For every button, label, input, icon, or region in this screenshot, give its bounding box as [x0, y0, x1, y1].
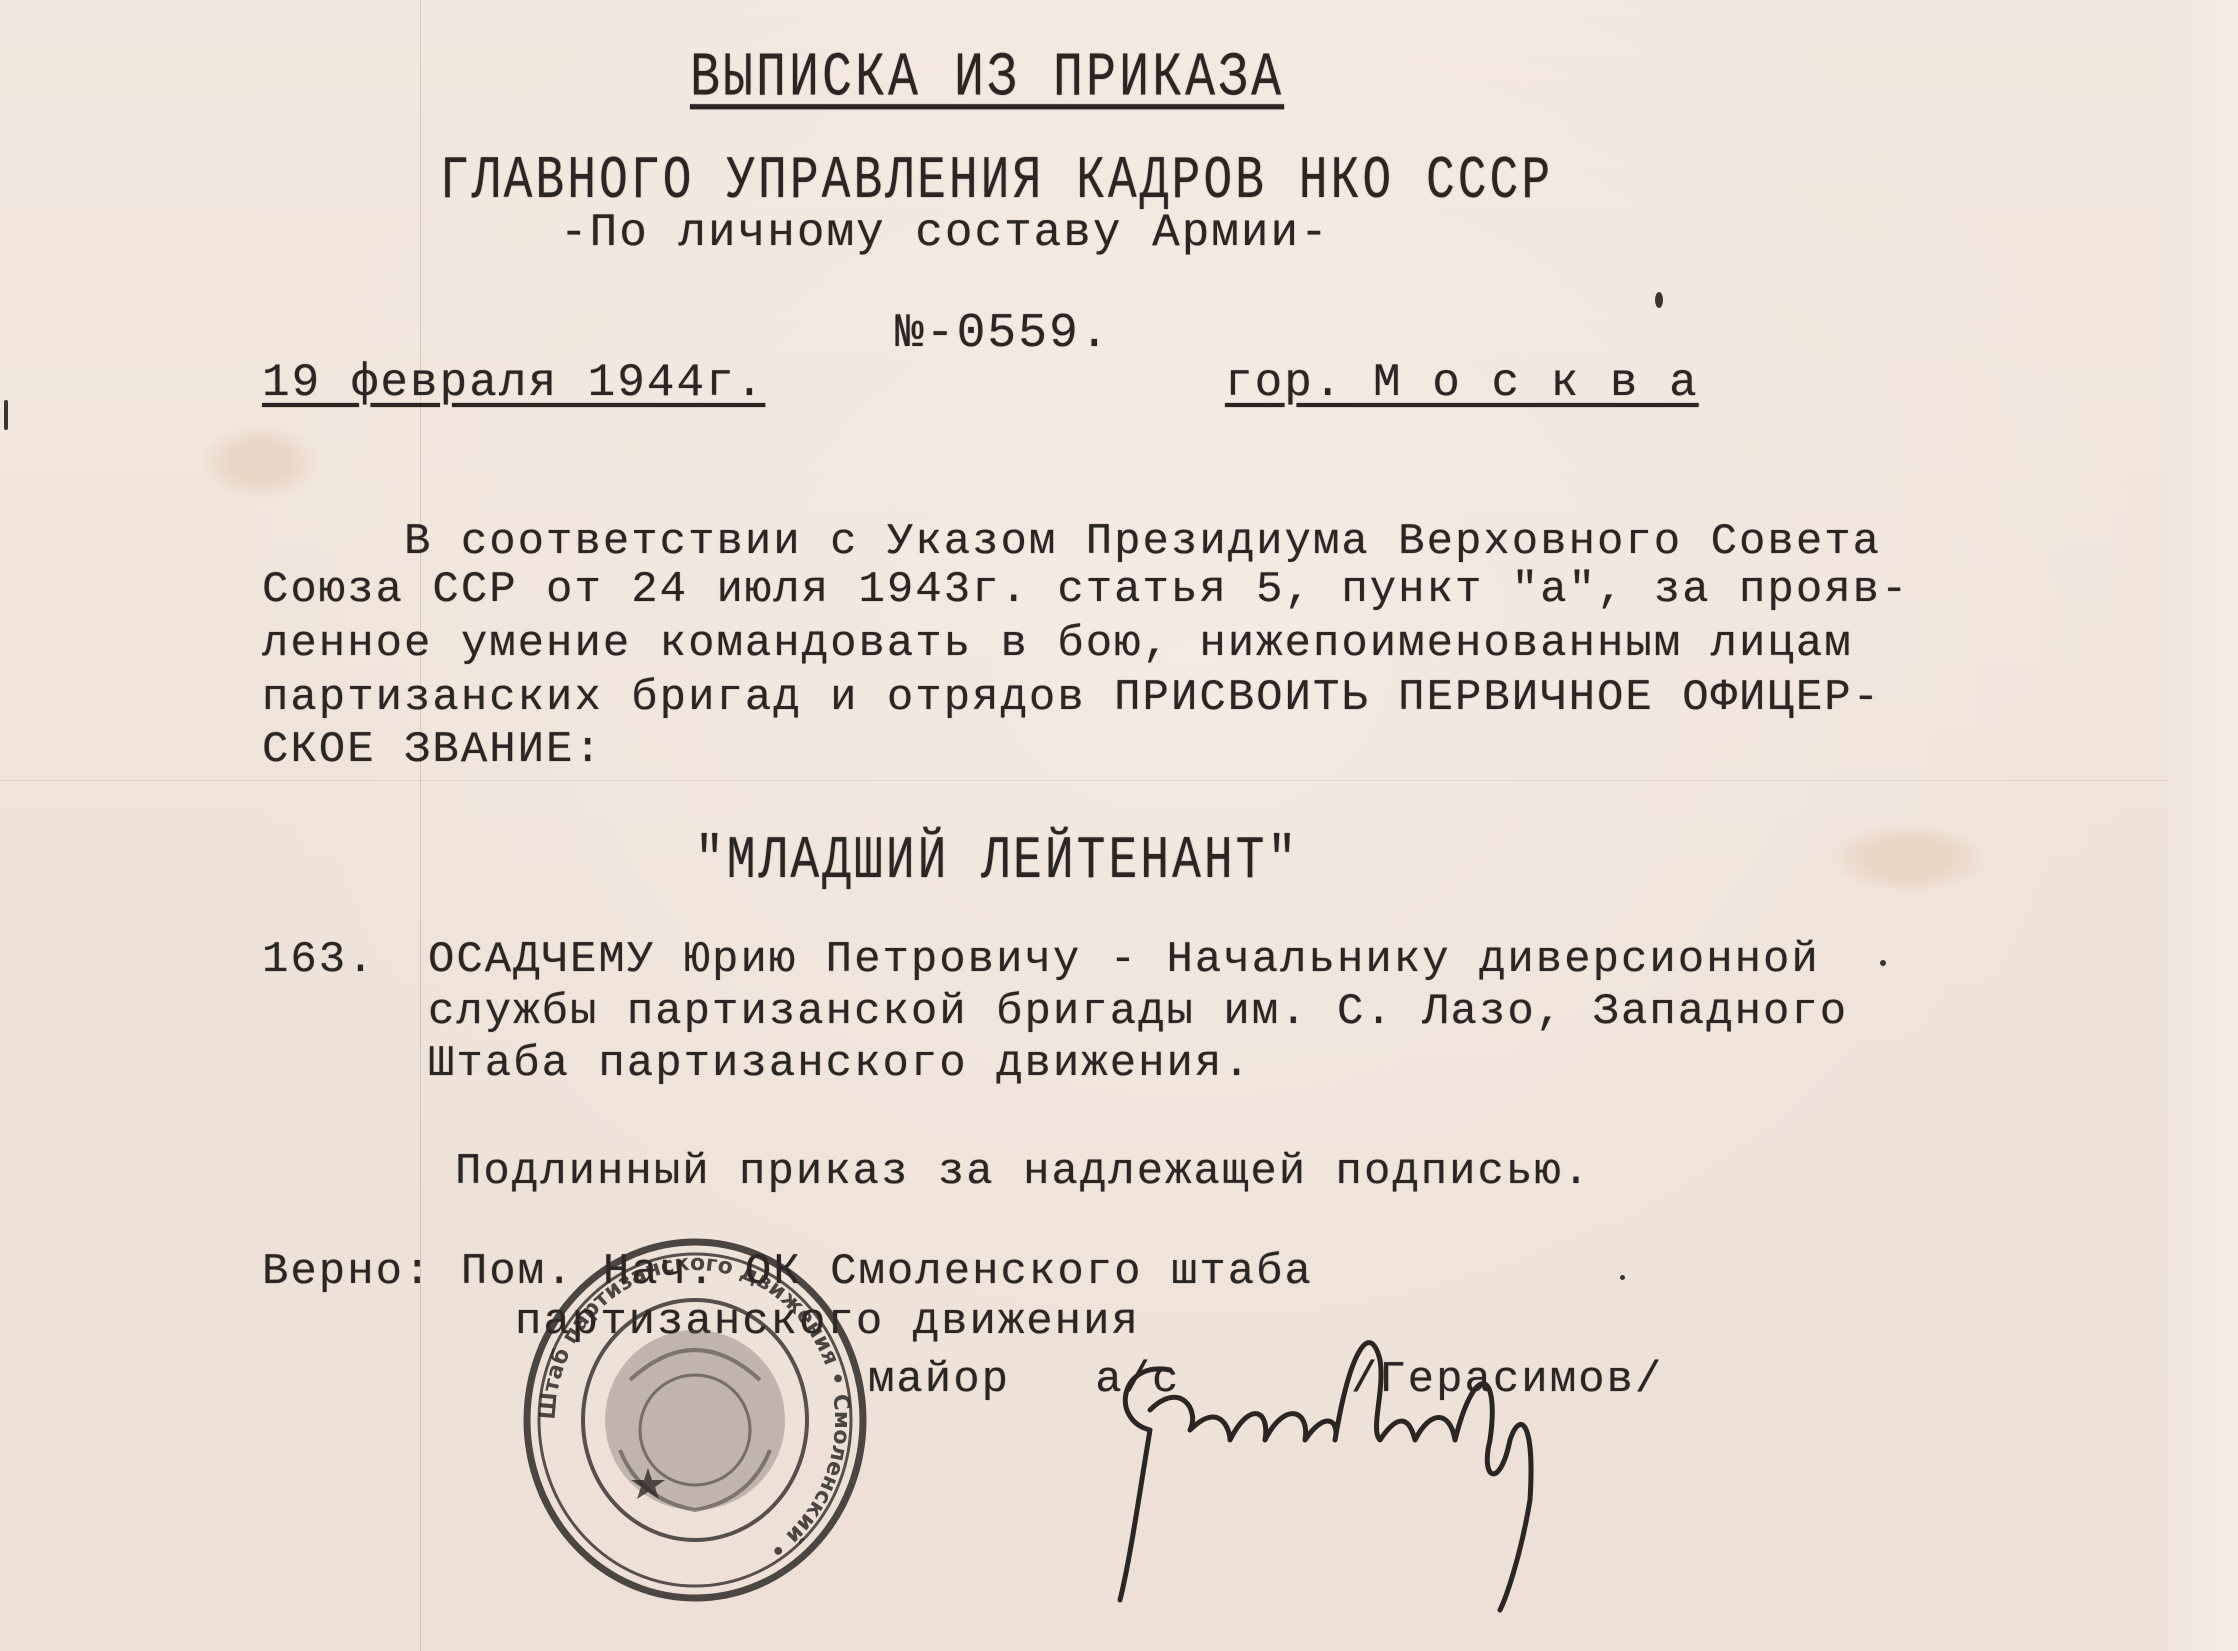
order-category: -По личному составу Армии- [560, 210, 1330, 256]
entry-line: службы партизанской бригады им. С. Лазо,… [428, 990, 1848, 1034]
entry-number: 163. [262, 938, 376, 982]
entry-line: Штаба партизанского движения. [428, 1042, 1252, 1086]
ink-speck [1655, 292, 1663, 308]
ink-speck [1620, 1275, 1625, 1280]
paper-fold-vertical [420, 0, 421, 1651]
official-stamp-icon: Штаб партизанского движения • Смоленский… [520, 1230, 870, 1610]
body-line: В соответствии с Указом Президиума Верхо… [262, 520, 1881, 564]
issuing-authority: ГЛАВНОГО УПРАВЛЕНИЯ КАДРОВ НКО СССР [440, 152, 1553, 212]
order-date: 19 февраля 1944г. [262, 360, 765, 406]
body-line: партизанских бригад и отрядов ПРИСВОИТЬ … [262, 676, 1881, 720]
original-order-note: Подлинный приказ за надлежащей подписью. [455, 1150, 1591, 1194]
scan-background [2168, 0, 2238, 1651]
order-city: гор. М о с к в а [1225, 360, 1699, 406]
assigned-rank: "МЛАДШИЙ ЛЕЙТЕНАНТ" [695, 832, 1299, 892]
document-title: ВЫПИСКА ИЗ ПРИКАЗА [690, 48, 1284, 111]
body-line: ленное умение командовать в бою, нижепои… [262, 622, 1853, 666]
paper-fold-horizontal [0, 780, 2168, 781]
body-line: СКОЕ ЗВАНИЕ: [262, 728, 603, 772]
order-number: №-0559. [895, 310, 1111, 358]
entry-line: ОСАДЧЕМУ Юрию Петровичу - Начальнику див… [428, 938, 1820, 982]
ink-speck [1880, 960, 1886, 966]
paper-tear [4, 400, 8, 430]
handwritten-signature-icon [1080, 1300, 1840, 1620]
body-line: Союза ССР от 24 июля 1943г. статья 5, пу… [262, 568, 1909, 612]
